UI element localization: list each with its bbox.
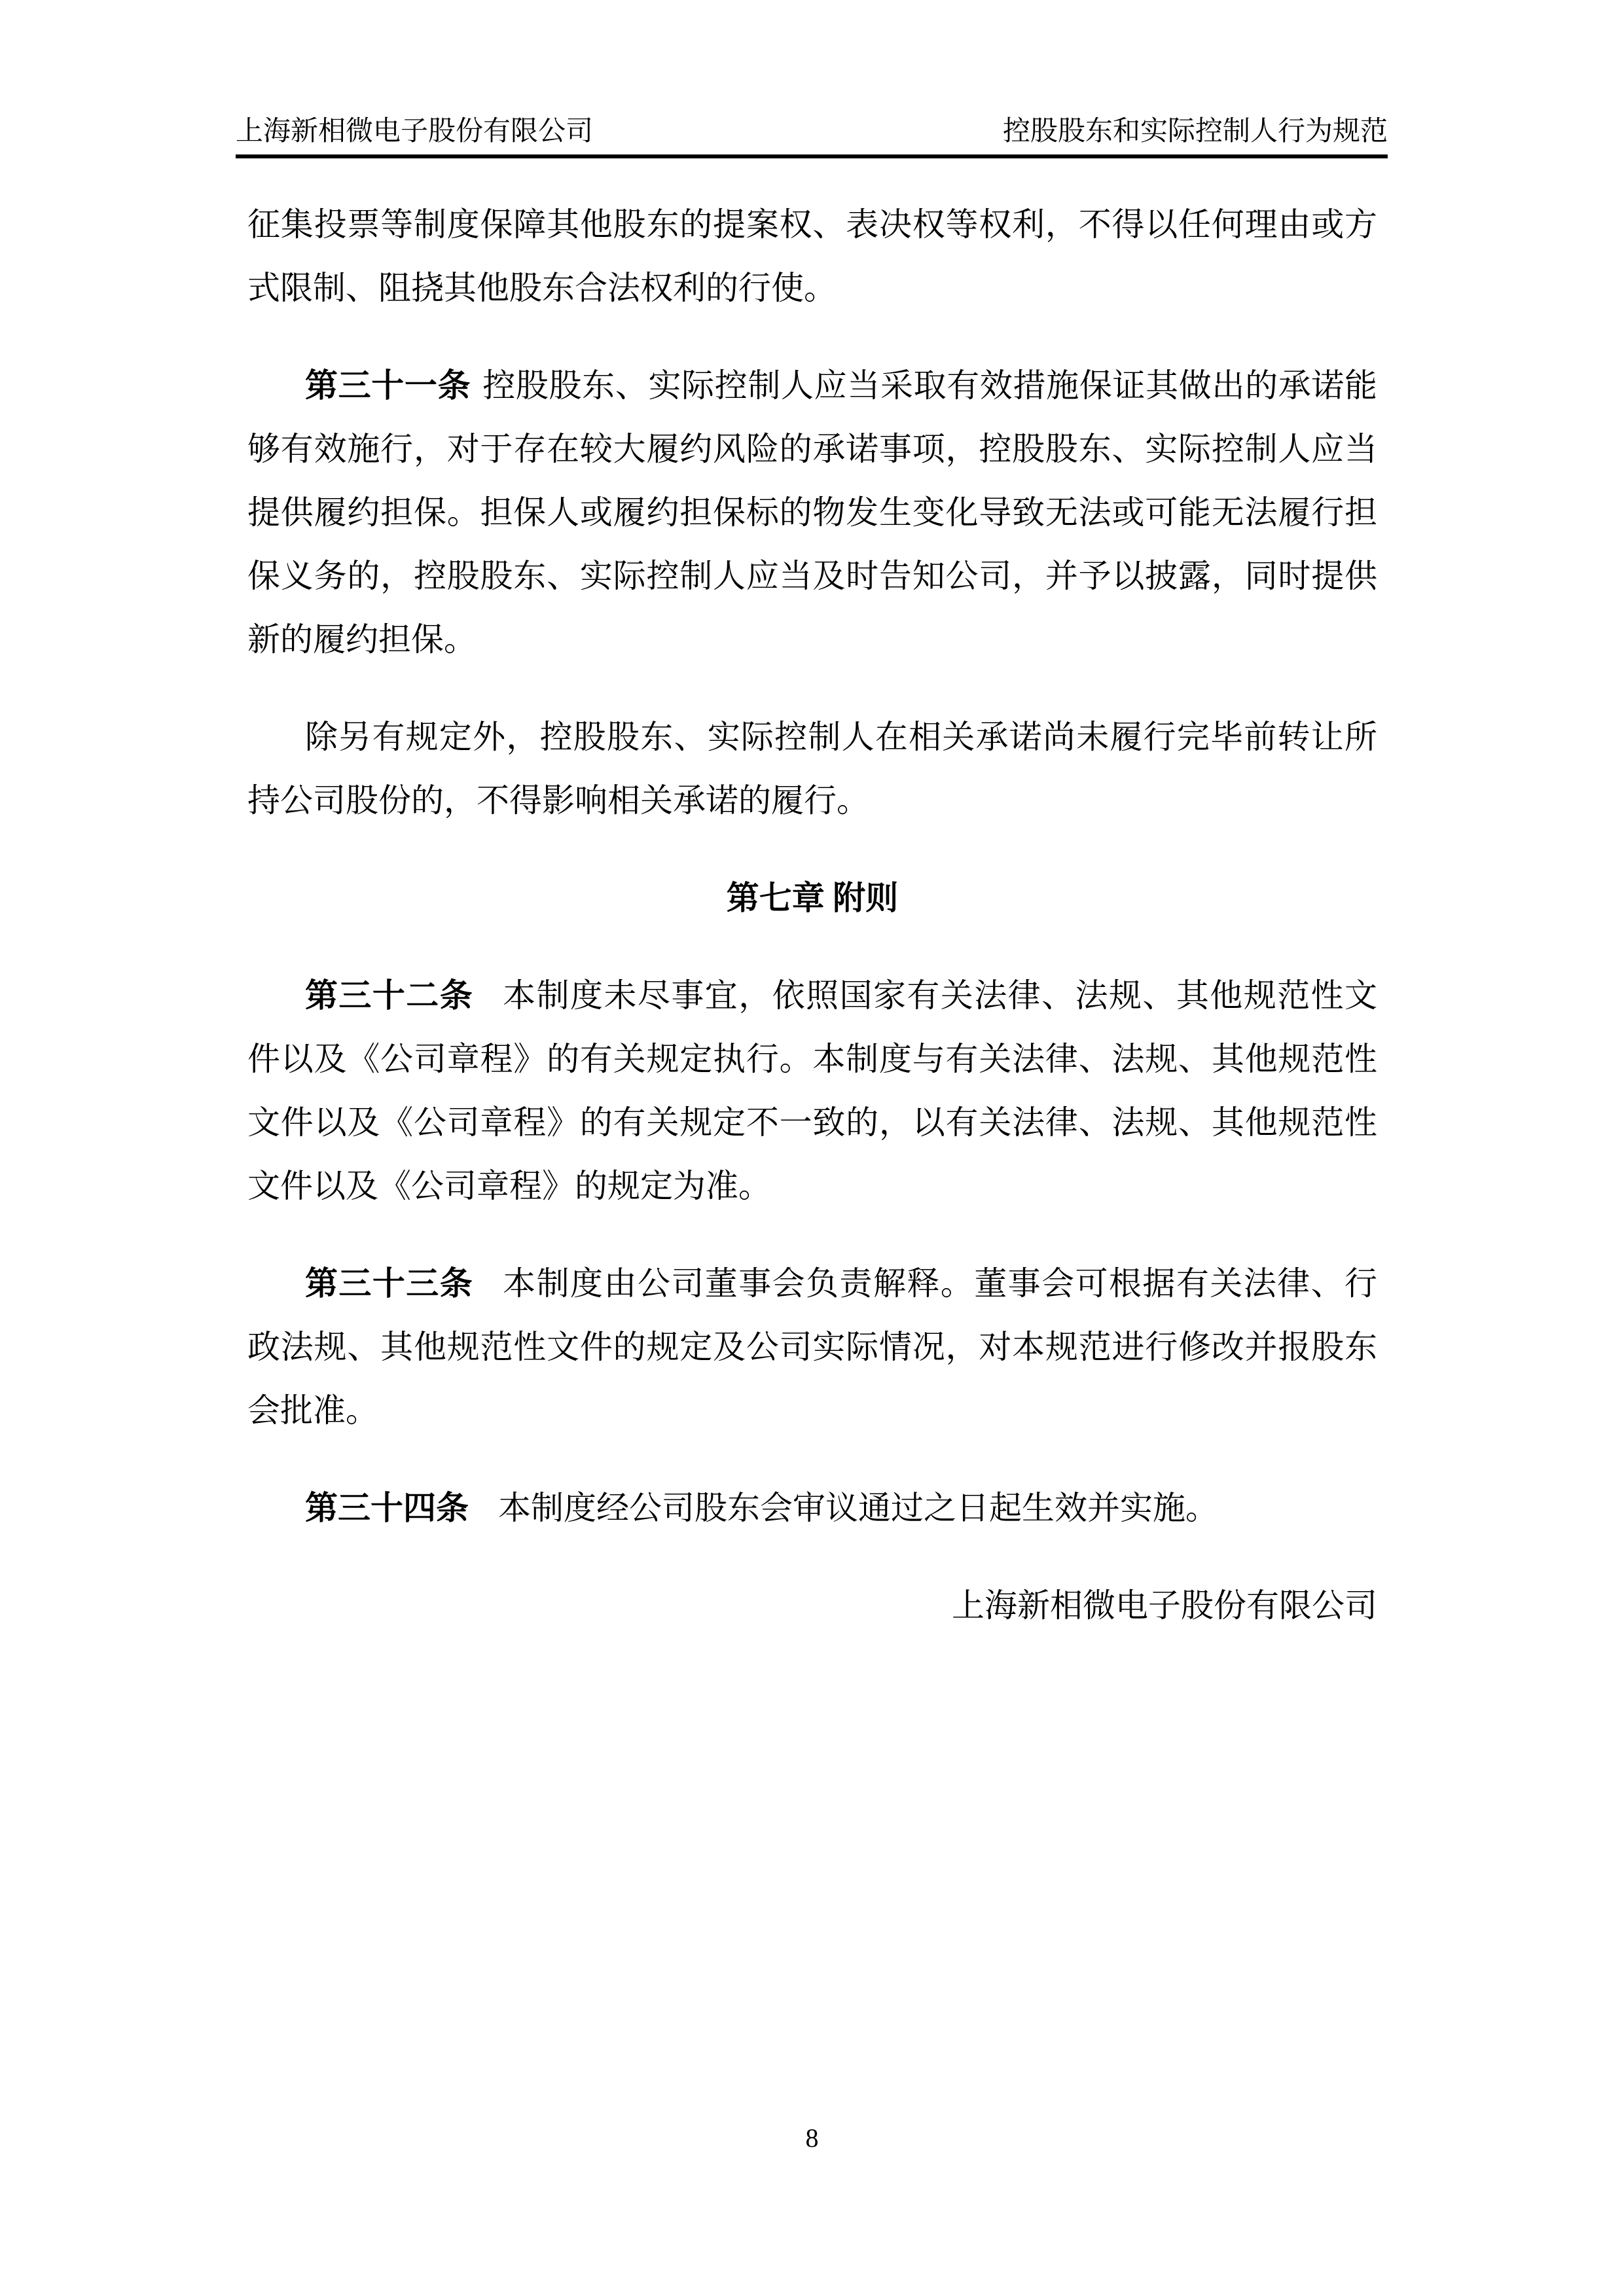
article-paragraph: 第三十三条本制度由公司董事会负责解释。董事会可根据有关法律、行政法规、其他规范性…	[247, 1252, 1377, 1443]
chapter-heading: 第七章 附则	[247, 867, 1377, 930]
header-doc-title: 控股股东和实际控制人行为规范	[1003, 115, 1388, 148]
article-paragraph: 征集投票等制度保障其他股东的提案权、表决权等权利，不得以任何理由或方式限制、阻挠…	[247, 193, 1377, 320]
paragraph-text: 控股股东、实际控制人应当采取有效措施保证其做出的承诺能够有效施行，对于存在较大履…	[247, 367, 1377, 658]
signature: 上海新相微电子股份有限公司	[247, 1574, 1377, 1638]
paragraph-text: 征集投票等制度保障其他股东的提案权、表决权等权利，不得以任何理由或方式限制、阻挠…	[247, 206, 1377, 306]
document-page: 上海新相微电子股份有限公司 控股股东和实际控制人行为规范 征集投票等制度保障其他…	[0, 0, 1624, 2296]
document-body: 征集投票等制度保障其他股东的提案权、表决权等权利，不得以任何理由或方式限制、阻挠…	[247, 193, 1377, 1672]
page-number: 8	[806, 2123, 819, 2153]
header-company-name: 上海新相微电子股份有限公司	[236, 115, 593, 148]
article-paragraph: 第三十一条控股股东、实际控制人应当采取有效措施保证其做出的承诺能够有效施行，对于…	[247, 354, 1377, 672]
article-paragraph: 除另有规定外，控股股东、实际控制人在相关承诺尚未履行完毕前转让所持公司股份的，不…	[247, 706, 1377, 833]
article-paragraph: 第三十二条本制度未尽事宜，依照国家有关法律、法规、其他规范性文件以及《公司章程》…	[247, 964, 1377, 1218]
article-number: 第三十三条	[305, 1265, 473, 1302]
paragraph-text: 除另有规定外，控股股东、实际控制人在相关承诺尚未履行完毕前转让所持公司股份的，不…	[247, 719, 1377, 819]
article-paragraph: 第三十四条本制度经公司股东会审议通过之日起生效并实施。	[247, 1477, 1377, 1540]
article-number: 第三十二条	[305, 977, 473, 1014]
article-number: 第三十一条	[305, 367, 471, 404]
article-number: 第三十四条	[305, 1490, 469, 1526]
paragraph-text: 本制度经公司股东会审议通过之日起生效并实施。	[498, 1490, 1218, 1526]
page-header: 上海新相微电子股份有限公司 控股股东和实际控制人行为规范	[236, 115, 1388, 158]
page-footer: 8	[0, 2123, 1624, 2154]
